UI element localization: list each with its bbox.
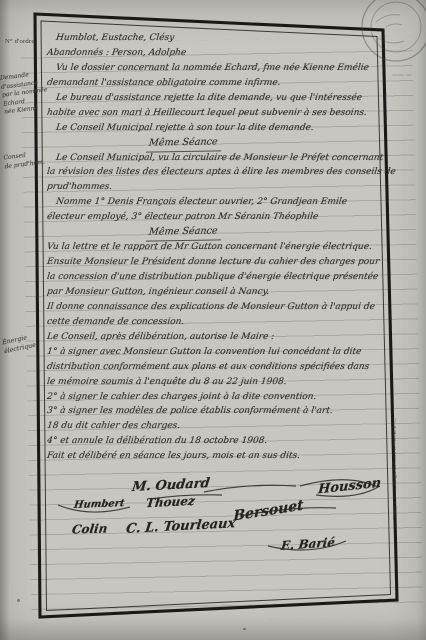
signature-flourishes	[0, 0, 426, 640]
scanned-register-page: N° d'ordre. Demanded'assistancepar la no…	[0, 0, 426, 640]
